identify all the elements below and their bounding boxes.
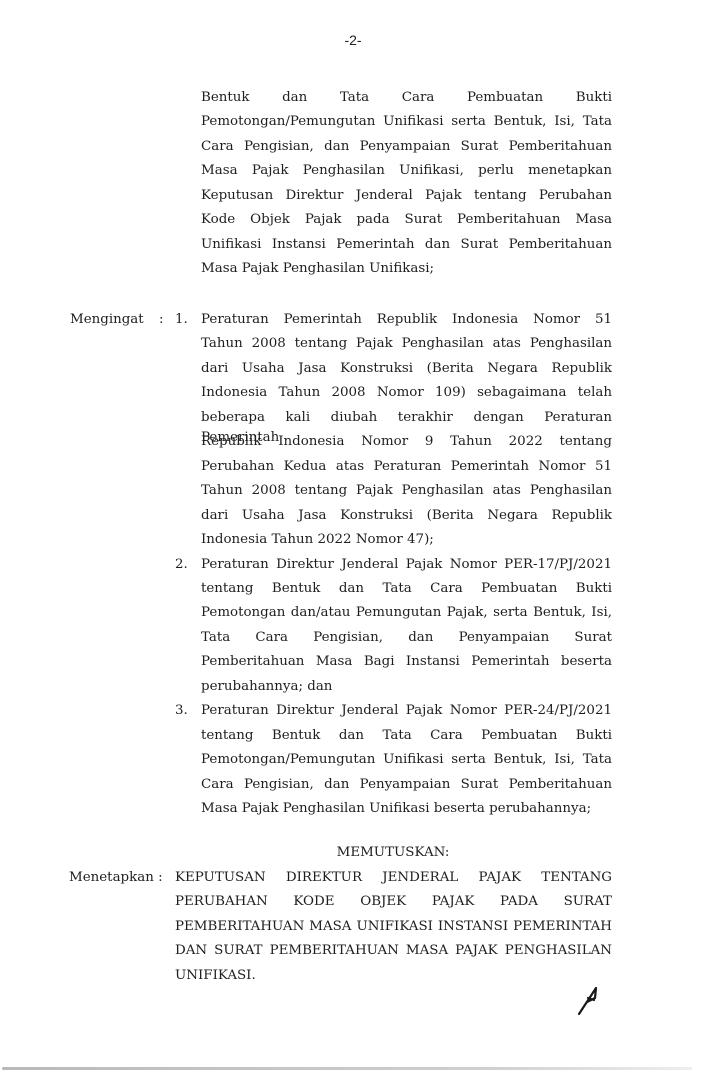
list-item-number: 1. bbox=[175, 310, 188, 330]
list-item-line: dari Usaha Jasa Konstruksi (Berita Negar… bbox=[201, 506, 612, 526]
menetapkan-line: UNIFIKASI. bbox=[175, 966, 612, 986]
list-item-line: tentang Bentuk dan Tata Cara Pembuatan B… bbox=[201, 726, 612, 746]
list-item-line: Indonesia Tahun 2008 Nomor 109) sebagaim… bbox=[201, 383, 612, 403]
text-line: Masa Pajak Penghasilan Unifikasi; bbox=[201, 259, 612, 279]
menetapkan-line: PEMBERITAHUAN MASA UNIFIKASI INSTANSI PE… bbox=[175, 917, 612, 937]
menetapkan-line: KEPUTUSAN DIREKTUR JENDERAL PAJAK TENTAN… bbox=[175, 868, 612, 888]
menetapkan-label: Menetapkan : bbox=[69, 868, 163, 888]
list-item-line: Pemotongan/Pemungutan Unifikasi serta Be… bbox=[201, 750, 612, 770]
list-item-line: Republik Indonesia Nomor 9 Tahun 2022 te… bbox=[201, 432, 612, 452]
list-item-line: Pemberitahuan Masa Bagi Instansi Pemerin… bbox=[201, 652, 612, 672]
list-item-line: Cara Pengisian, dan Penyampaian Surat Pe… bbox=[201, 775, 612, 795]
text-line: Bentuk dan Tata Cara Pembuatan Bukti bbox=[201, 88, 612, 108]
mengingat-colon: : bbox=[159, 310, 164, 330]
list-item-line: Peraturan Direktur Jenderal Pajak Nomor … bbox=[201, 555, 612, 575]
mengingat-label: Mengingat bbox=[70, 310, 144, 330]
text-line: Unifikasi Instansi Pemerintah dan Surat … bbox=[201, 235, 612, 255]
list-item-line: Peraturan Direktur Jenderal Pajak Nomor … bbox=[201, 701, 612, 721]
list-item-line: Tata Cara Pengisian, dan Penyampaian Sur… bbox=[201, 628, 612, 648]
list-item-number: 3. bbox=[175, 701, 188, 721]
list-item-line: tentang Bentuk dan Tata Cara Pembuatan B… bbox=[201, 579, 612, 599]
page-number: -2- bbox=[0, 32, 706, 48]
list-item-line: Indonesia Tahun 2022 Nomor 47); bbox=[201, 530, 612, 550]
list-item-line: Pemotongan dan/atau Pemungutan Pajak, se… bbox=[201, 603, 612, 623]
list-item-line: perubahannya; dan bbox=[201, 677, 612, 697]
list-item-line: dari Usaha Jasa Konstruksi (Berita Negar… bbox=[201, 359, 612, 379]
list-item-line: Perubahan Kedua atas Peraturan Pemerinta… bbox=[201, 457, 612, 477]
bottom-scan-edge bbox=[2, 1067, 692, 1070]
text-line: Keputusan Direktur Jenderal Pajak tentan… bbox=[201, 186, 612, 206]
menetapkan-line: PERUBAHAN KODE OBJEK PAJAK PADA SURAT bbox=[175, 892, 612, 912]
text-line: Kode Objek Pajak pada Surat Pemberitahua… bbox=[201, 210, 612, 230]
decision-heading: MEMUTUSKAN: bbox=[0, 843, 706, 863]
list-item-line: Peraturan Pemerintah Republik Indonesia … bbox=[201, 310, 612, 330]
text-line: Masa Pajak Penghasilan Unifikasi, perlu … bbox=[201, 161, 612, 181]
list-item-number: 2. bbox=[175, 555, 188, 575]
menetapkan-line: DAN SURAT PEMBERITAHUAN MASA PAJAK PENGH… bbox=[175, 941, 612, 961]
initial-signature-icon bbox=[576, 984, 606, 1016]
text-line: Cara Pengisian, dan Penyampaian Surat Pe… bbox=[201, 137, 612, 157]
text-line: Pemotongan/Pemungutan Unifikasi serta Be… bbox=[201, 112, 612, 132]
list-item-line: Tahun 2008 tentang Pajak Penghasilan ata… bbox=[201, 334, 612, 354]
list-item-line: Tahun 2008 tentang Pajak Penghasilan ata… bbox=[201, 481, 612, 501]
list-item-line: Masa Pajak Penghasilan Unifikasi beserta… bbox=[201, 799, 612, 819]
